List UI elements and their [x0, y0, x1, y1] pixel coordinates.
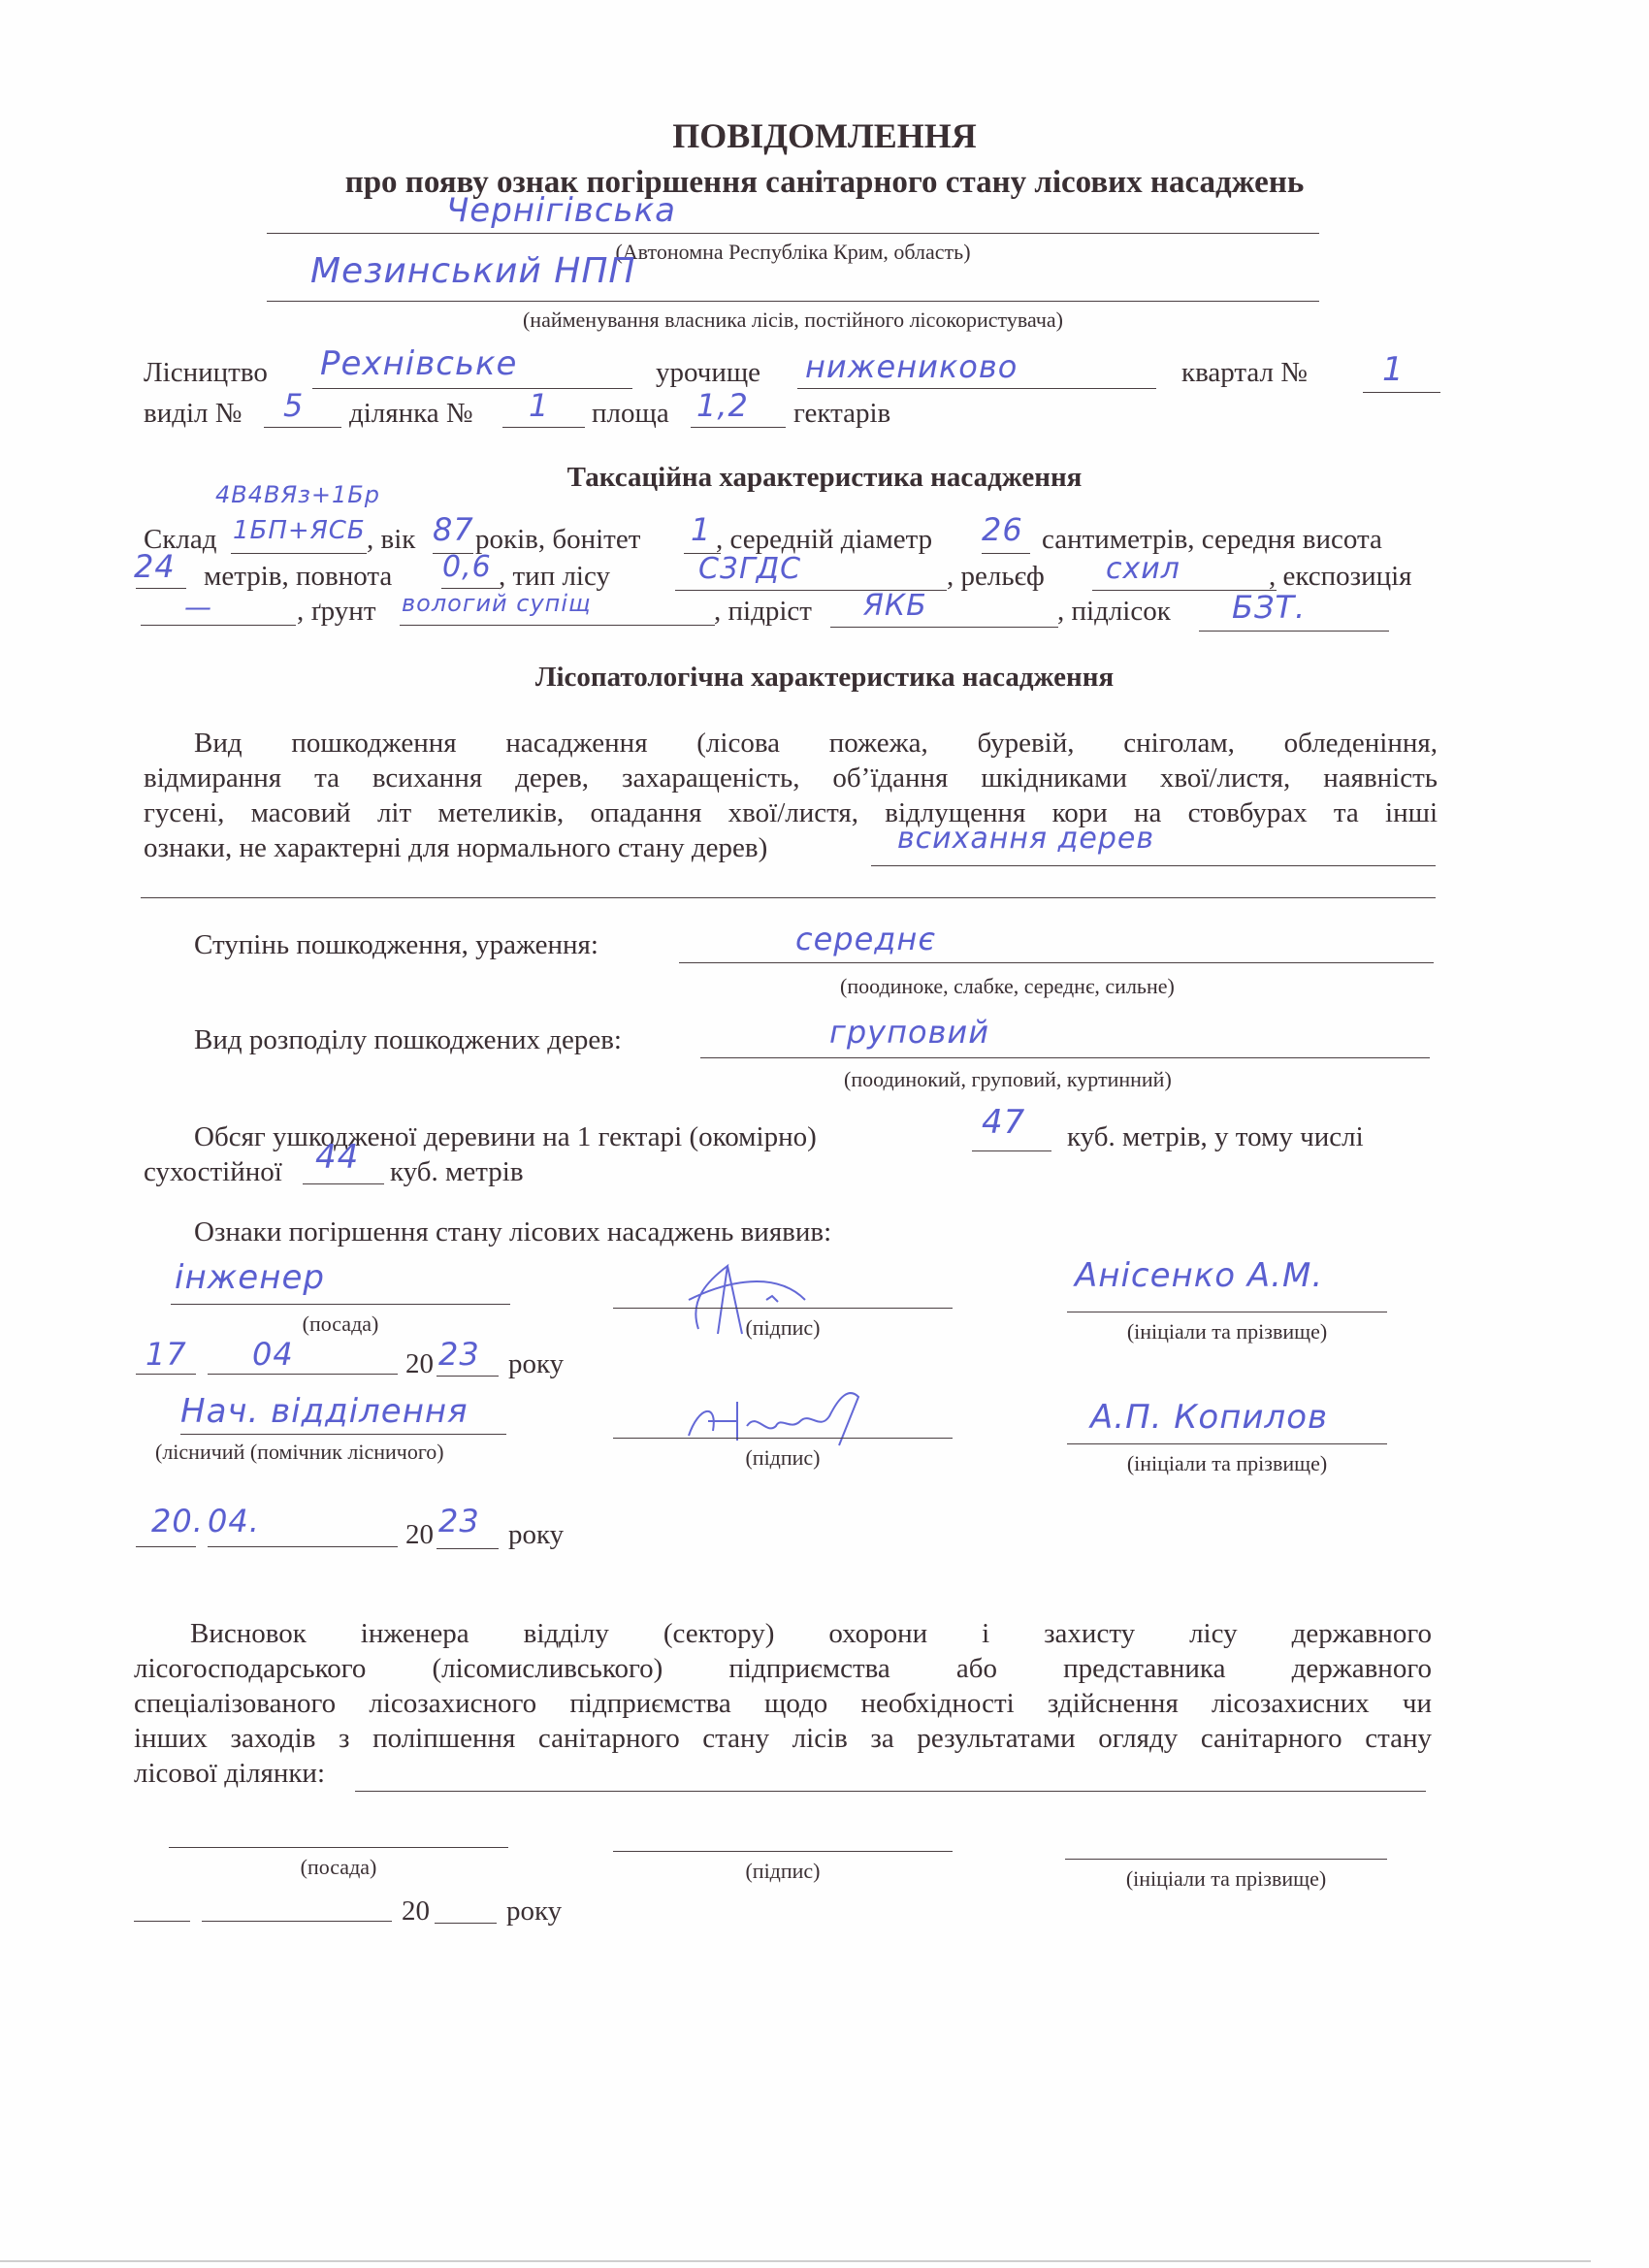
- conclusion-line-1: Висновок інженера відділу (сектору) охор…: [190, 1620, 1432, 1648]
- forester-year-suffix[interactable]: 23: [438, 1506, 480, 1537]
- diameter-value[interactable]: 26: [982, 514, 1023, 545]
- forestry-line: [312, 388, 632, 389]
- understory-label: , підлісок: [1057, 598, 1171, 626]
- age-label: , вік: [367, 526, 415, 554]
- region-line: [267, 233, 1319, 234]
- deadwood-unit: куб. метрів: [390, 1158, 524, 1186]
- conclusion-month-field[interactable]: [202, 1921, 392, 1922]
- forest-type-label: , тип лісу: [499, 563, 610, 591]
- detected-day-line: [136, 1374, 196, 1375]
- section-value[interactable]: 5: [283, 390, 304, 421]
- forester-signature-caption: (підпис): [613, 1445, 953, 1471]
- damage-type-line-2: відмирання та всихання дерев, захаращені…: [144, 764, 1438, 793]
- owner-caption: (найменування власника лісів, постійного…: [267, 308, 1319, 333]
- volume-label: Обсяг ушкодженої деревини на 1 гектарі (…: [194, 1123, 817, 1151]
- detected-year-prefix: 20: [405, 1350, 434, 1378]
- pathology-heading: Лісопатологічна характеристика насадженн…: [0, 664, 1649, 692]
- damage-type-extra-line: [141, 897, 1436, 898]
- conclusion-line-4: інших заходів з поліпшення санітарного с…: [134, 1725, 1432, 1753]
- distribution-caption: (поодинокий, груповий, куртинний): [844, 1067, 1172, 1092]
- damage-type-line-3: гусені, масовий літ метеликів, опадання …: [144, 799, 1438, 827]
- deadwood-value[interactable]: 44: [315, 1141, 359, 1174]
- relief-label: , рельєф: [947, 563, 1045, 591]
- conclusion-day-field[interactable]: [134, 1921, 190, 1922]
- conclusion-name-field[interactable]: [1065, 1859, 1387, 1860]
- exposure-line: [141, 625, 296, 626]
- understory-value[interactable]: БЗТ.: [1232, 592, 1306, 623]
- undergrowth-label: , підріст: [714, 598, 812, 626]
- forester-date-month[interactable]: 04.: [208, 1506, 260, 1537]
- damage-type-line-4: ознаки, не характерні для нормального ст…: [144, 834, 767, 862]
- detected-month-line: [208, 1374, 398, 1375]
- detected-signature-line: [613, 1308, 953, 1309]
- page-edge: [0, 2260, 1591, 2262]
- degree-label: Ступінь пошкодження, ураження:: [194, 931, 598, 959]
- detected-signature-caption: (підпис): [613, 1315, 953, 1341]
- forester-name-caption: (ініціали та прізвище): [1067, 1451, 1387, 1476]
- damage-type-line-1: Вид пошкодження насадження (лісова пожеж…: [194, 729, 1438, 758]
- forester-date-day[interactable]: 20.: [151, 1506, 204, 1537]
- conclusion-line-2: лісогосподарського (лісомисливського) пі…: [134, 1655, 1432, 1683]
- plot-value[interactable]: 1: [529, 390, 549, 421]
- conclusion-last-label: лісової ділянки:: [134, 1760, 325, 1788]
- quarter-line: [1363, 392, 1440, 393]
- owner-value[interactable]: Мезинський НПП: [310, 254, 636, 289]
- conclusion-name-caption: (ініціали та прізвище): [1065, 1866, 1387, 1892]
- detected-position-caption: (посада): [171, 1312, 510, 1337]
- plot-line: [502, 427, 585, 428]
- age-unit: років, бонітет: [475, 526, 640, 554]
- forestry-label: Лісництво: [144, 359, 268, 387]
- detected-year-line: [436, 1376, 499, 1377]
- deadwood-label: сухостійної: [144, 1158, 282, 1186]
- document-subtitle: про появу ознак погіршення санітарного с…: [0, 167, 1649, 199]
- owner-line: [267, 301, 1319, 302]
- forester-month-line: [208, 1546, 398, 1547]
- height-unit: метрів, повнота: [204, 563, 392, 591]
- soil-line: [400, 625, 715, 626]
- exposure-label: , експозиція: [1269, 563, 1412, 591]
- degree-value[interactable]: середнє: [795, 923, 936, 955]
- notification-form-page: ПОВІДОМЛЕННЯ про появу ознак погіршення …: [0, 0, 1649, 2268]
- composition-line: [231, 553, 367, 554]
- volume-unit: куб. метрів, у тому числі: [1067, 1123, 1364, 1151]
- detected-name-value[interactable]: Анісенко А.М.: [1075, 1259, 1323, 1292]
- area-unit: гектарів: [793, 400, 890, 428]
- composition-value[interactable]: 1БП+ЯСБ: [233, 518, 366, 543]
- detected-date-day[interactable]: 17: [145, 1339, 187, 1370]
- area-label: площа: [592, 400, 669, 428]
- forester-position-line: [180, 1434, 506, 1435]
- density-line: [441, 588, 500, 589]
- section-label: виділ №: [144, 400, 242, 428]
- tract-value[interactable]: нижениково: [805, 351, 1018, 382]
- document-title: ПОВІДОМЛЕННЯ: [0, 118, 1649, 153]
- conclusion-signature-caption: (підпис): [613, 1859, 953, 1884]
- forester-position-value[interactable]: Нач. відділення: [180, 1395, 469, 1428]
- diameter-label: , середній діаметр: [716, 526, 932, 554]
- volume-line: [972, 1150, 1051, 1151]
- forestry-value[interactable]: Рехнівське: [320, 347, 517, 380]
- detected-position-value[interactable]: інженер: [175, 1261, 325, 1294]
- height-value[interactable]: 24: [134, 551, 176, 582]
- region-value[interactable]: Чернігівська: [446, 194, 676, 227]
- forester-name-line: [1067, 1443, 1387, 1444]
- detected-date-suffix: року: [508, 1350, 564, 1378]
- forester-year-line: [436, 1548, 499, 1549]
- undergrowth-line: [830, 627, 1058, 628]
- soil-label: , ґрунт: [297, 598, 376, 626]
- damage-type-value[interactable]: всихання дерев: [897, 825, 1154, 854]
- tract-line: [797, 388, 1156, 389]
- conclusion-date-suffix: року: [506, 1897, 562, 1926]
- conclusion-line-3: спеціалізованого лісозахисного підприємс…: [134, 1690, 1432, 1718]
- quarter-value[interactable]: 1: [1382, 353, 1405, 386]
- area-value[interactable]: 1,2: [696, 390, 749, 421]
- forest-type-value[interactable]: С3ГДС: [698, 555, 801, 584]
- conclusion-position-caption: (посада): [169, 1855, 508, 1880]
- height-line: [136, 588, 186, 589]
- conclusion-position-field[interactable]: [169, 1847, 508, 1848]
- diameter-line: [982, 553, 1030, 554]
- degree-line: [679, 962, 1434, 963]
- conclusion-value-line: [355, 1791, 1426, 1792]
- detected-name-line: [1067, 1312, 1387, 1312]
- distribution-label: Вид розподілу пошкоджених дерев:: [194, 1026, 622, 1054]
- soil-value[interactable]: вологий супіщ: [402, 592, 592, 615]
- forester-day-line: [136, 1546, 196, 1547]
- forester-name-value[interactable]: А.П. Копилов: [1090, 1401, 1328, 1434]
- bonitet-value[interactable]: 1: [691, 514, 711, 545]
- forester-date-suffix: року: [508, 1521, 564, 1549]
- forester-position-caption: (лісничий (помічник лісничого): [155, 1440, 444, 1465]
- tract-label: урочище: [656, 359, 760, 387]
- forester-year-prefix: 20: [405, 1521, 434, 1549]
- detected-date-month[interactable]: 04: [252, 1339, 294, 1370]
- age-value[interactable]: 87: [433, 514, 474, 545]
- conclusion-signature-field[interactable]: [613, 1851, 953, 1852]
- volume-value[interactable]: 47: [982, 1106, 1025, 1139]
- forester-signature-line: [613, 1438, 953, 1439]
- exposure-value[interactable]: —: [184, 594, 212, 621]
- conclusion-year-prefix: 20: [402, 1897, 430, 1926]
- density-value[interactable]: 0,6: [442, 553, 492, 582]
- detected-position-line: [171, 1304, 510, 1305]
- understory-line: [1199, 631, 1389, 632]
- detected-year-suffix[interactable]: 23: [438, 1339, 480, 1370]
- conclusion-year-field[interactable]: [435, 1923, 497, 1924]
- degree-caption: (поодиноке, слабке, середнє, сильне): [840, 974, 1175, 999]
- damage-type-line: [871, 865, 1436, 866]
- composition-note[interactable]: 4В4ВЯз+1Бр: [215, 483, 380, 506]
- distribution-value[interactable]: груповий: [829, 1017, 989, 1048]
- detected-name-caption: (ініціали та прізвище): [1067, 1319, 1387, 1345]
- diameter-unit: сантиметрів, середня висота: [1042, 526, 1382, 554]
- deadwood-line: [303, 1183, 384, 1184]
- relief-value[interactable]: схил: [1106, 555, 1180, 584]
- section-line: [264, 427, 341, 428]
- area-line: [691, 427, 786, 428]
- plot-label: ділянка №: [349, 400, 473, 428]
- quarter-label: квартал №: [1181, 359, 1308, 387]
- undergrowth-value[interactable]: ЯКБ: [863, 592, 927, 621]
- distribution-line: [700, 1057, 1430, 1058]
